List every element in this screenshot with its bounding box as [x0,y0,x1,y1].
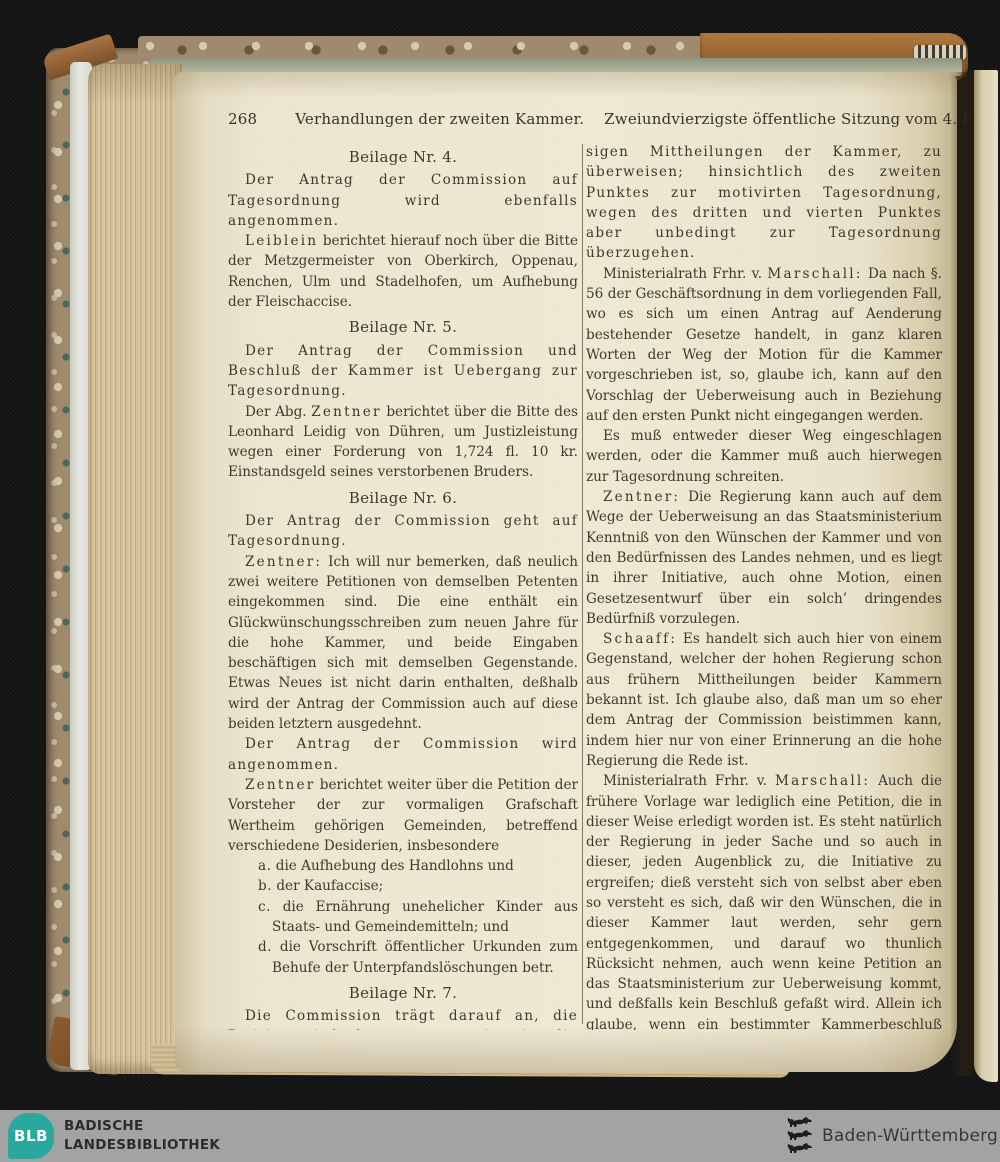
speaker-name: Zentner [245,777,315,793]
state-brand: Baden-Württemberg [786,1114,998,1158]
library-name: BADISCHE LANDESBIBLIOTHEK [64,1117,220,1155]
running-title-work: Verhandlungen der zweiten Kammer. [295,110,584,128]
running-title: Verhandlungen der zweiten Kammer. Zweiun… [295,110,1000,128]
state-name: Baden-Württemberg [822,1126,998,1146]
page-header: 268 Verhandlungen der zweiten Kammer. Zw… [228,110,944,128]
list-item: c. die Ernährung unehelicher Kinder aus … [258,897,578,938]
library-name-line1: BADISCHE [64,1117,220,1136]
speaker-name: Zentner: [603,489,680,505]
column-divider [582,144,583,1024]
section-heading: Beilage Nr. 7. [228,983,578,1003]
book-page: 268 Verhandlungen der zweiten Kammer. Zw… [175,72,957,1072]
library-name-line2: LANDESBIBLIOTHEK [64,1136,220,1155]
paragraph: Der Antrag der Commission geht auf Tages… [228,511,578,552]
lion-icon [786,1117,812,1129]
list-item-label: b. [258,878,272,894]
speaker-name: Schaaff: [603,631,677,647]
footer-bar: BLB BADISCHE LANDESBIBLIOTHEK Baden-Würt… [0,1110,1000,1162]
paragraph: Zentner: Die Regierung kann auch auf dem… [586,487,942,629]
printed-area: 268 Verhandlungen der zweiten Kammer. Zw… [228,110,944,1030]
list-item-label: c. [258,899,271,915]
paragraph: Die Commission trägt darauf an, die Peti… [228,1006,578,1030]
paragraph: Leiblein berichtet hierauf noch über die… [228,231,578,312]
paragraph: Ministerialrath Frhr. v. Marschall: Da n… [586,264,942,426]
list-item-label: a. [258,858,271,874]
lion-icon [786,1143,812,1155]
paragraph: Der Abg. Zentner berichtet über die Bitt… [228,402,578,483]
paragraph: sigen Mittheilungen der Kammer, zu überw… [586,142,942,264]
list-item: b. der Kaufaccise; [258,876,578,896]
paragraph: Schaaff: Es handelt sich auch hier von e… [586,629,942,771]
list-item-label: d. [258,939,272,955]
paragraph: Ministerialrath Frhr. v. Marschall: Auch… [586,771,942,1030]
paragraph: Zentner: Ich will nur bemerken, daß neul… [228,552,578,735]
section-heading: Beilage Nr. 5. [228,317,578,337]
blb-logo-icon: BLB [8,1113,54,1159]
column-left: Beilage Nr. 4.Der Antrag der Commission … [228,142,578,1030]
speaker-name: Zentner [311,404,381,420]
section-heading: Beilage Nr. 4. [228,147,578,167]
speaker-name: Marschall: [775,773,870,789]
speaker-name: Leiblein [245,233,318,249]
facing-page-edge [974,70,998,1082]
list-item: a. die Aufhebung des Handlohns und [258,856,578,876]
section-heading: Beilage Nr. 6. [228,488,578,508]
gutter-shadow [950,72,974,1076]
page-number: 268 [228,110,257,128]
lion-crest-icon [786,1117,812,1155]
lion-icon [786,1130,812,1142]
paragraph: Der Antrag der Commission wird angenomme… [228,734,578,775]
paragraph: Es muß entweder dieser Weg eingeschlagen… [586,426,942,487]
book: 268 Verhandlungen der zweiten Kammer. Zw… [0,0,1000,1162]
speaker-name: Marschall: [767,266,862,282]
page-fore-edges [88,64,182,1074]
text-columns: Beilage Nr. 4.Der Antrag der Commission … [228,142,944,1030]
running-title-session: Zweiundvierzigste öffentliche Sitzung vo… [604,110,1000,128]
list-item: d. die Vorschrift öffentlicher Urkunden … [258,937,578,978]
paragraph: Der Antrag der Commission und Beschluß d… [228,341,578,402]
blb-logo-text: BLB [14,1127,48,1145]
paragraph: Zentner berichtet weiter über die Petiti… [228,775,578,856]
column-right: sigen Mittheilungen der Kammer, zu überw… [586,142,942,1030]
speaker-name: Zentner: [245,554,322,570]
paragraph: Der Antrag der Commission auf Tagesordnu… [228,170,578,231]
